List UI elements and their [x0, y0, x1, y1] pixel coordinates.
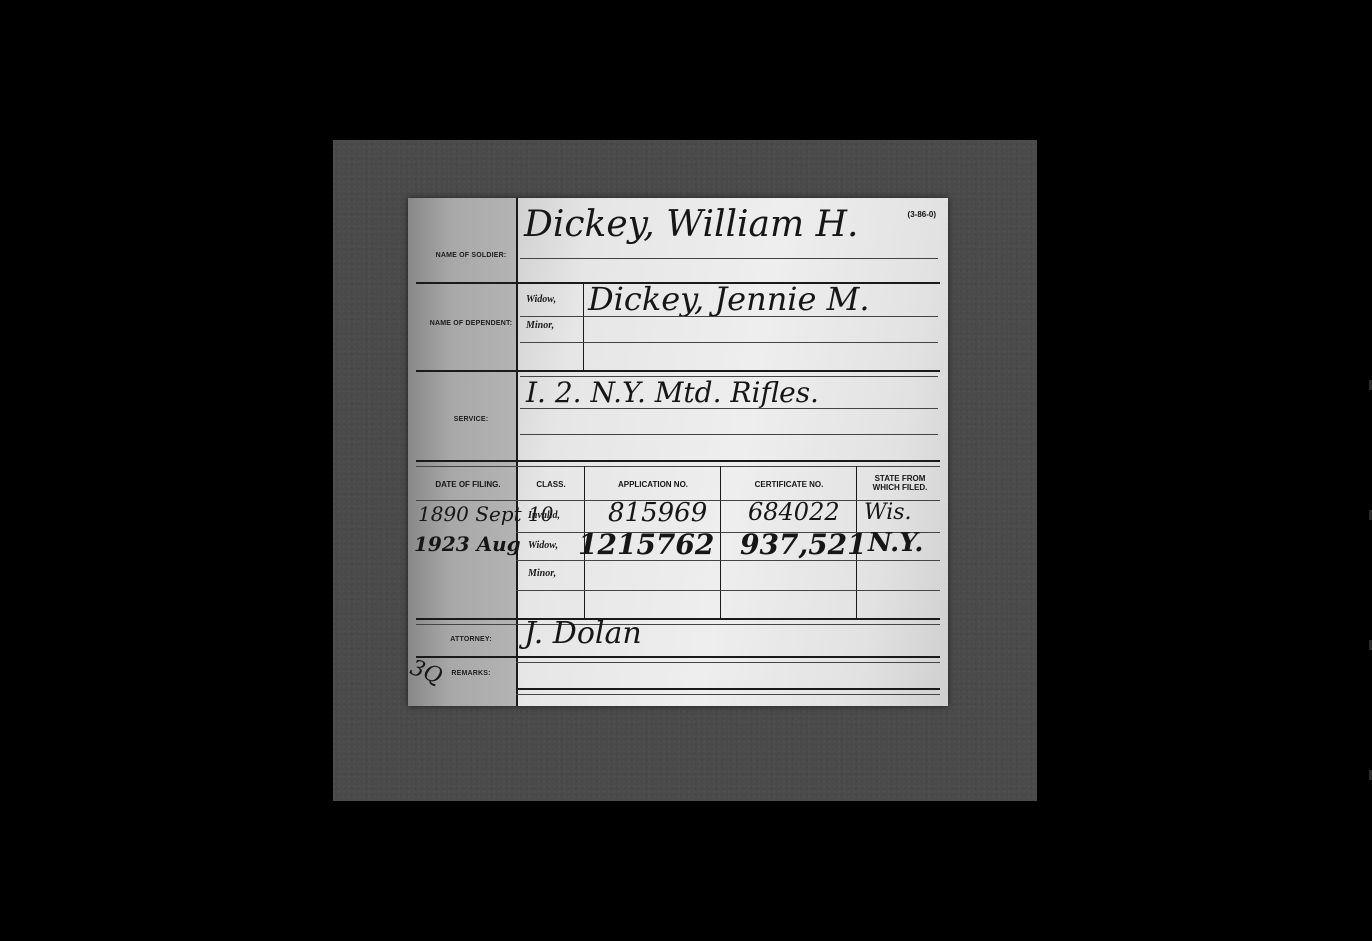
rule — [520, 408, 938, 409]
dependent-type-widow: Widow, — [526, 294, 556, 305]
section-divider — [416, 656, 940, 658]
header-date-of-filing: Date of Filing. — [422, 480, 514, 489]
label-attorney: Attorney: — [426, 636, 516, 644]
label-service: Service: — [426, 416, 516, 424]
soldier-name: Dickey, William H. — [524, 204, 858, 245]
rule — [520, 434, 938, 435]
class: Minor, — [528, 568, 556, 579]
class: Invalid, — [528, 510, 560, 521]
rule — [516, 590, 940, 591]
section-divider — [416, 460, 940, 462]
dependent-type-divider — [583, 284, 584, 370]
header-application-no: Application No. — [586, 480, 720, 489]
table-col-divider — [720, 466, 721, 620]
application-no: 815969 — [608, 498, 707, 528]
section-divider — [416, 618, 940, 620]
class: Widow, — [528, 540, 558, 551]
dependent-name: Dickey, Jennie M. — [588, 280, 870, 318]
rule — [416, 466, 940, 467]
rule — [416, 624, 940, 625]
rule — [520, 316, 938, 317]
label-name-of-soldier: Name of Soldier: — [426, 252, 516, 260]
section-divider — [516, 688, 940, 690]
section-divider — [416, 370, 940, 372]
edge-marks — [1033, 140, 1037, 801]
rule — [516, 694, 940, 695]
label-column — [408, 198, 516, 706]
certificate-no: 684022 — [748, 498, 840, 526]
header-certificate-no: Certificate No. — [722, 480, 856, 489]
column-divider — [516, 198, 518, 706]
header-class: Class. — [518, 480, 584, 489]
header-state-filed: State from which filed. — [860, 474, 940, 492]
label-name-of-dependent: Name of Dependent: — [426, 320, 516, 328]
filing-date: 1923 Aug — [414, 532, 521, 556]
pension-index-card: (3-86-0) Name of Soldier: Dickey, Willia… — [408, 198, 948, 706]
dependent-type-minor: Minor, — [526, 320, 554, 331]
rule — [520, 258, 938, 259]
rule — [520, 342, 938, 343]
state-filed: N.Y. — [868, 528, 923, 558]
service-unit: I. 2. N.Y. Mtd. Rifles. — [526, 376, 819, 409]
state-filed: Wis. — [864, 500, 912, 525]
attorney-name: J. Dolan — [524, 616, 642, 651]
form-number: (3-86-0) — [908, 210, 936, 219]
application-no: 1215762 — [578, 528, 714, 561]
certificate-no: 937,521 — [740, 528, 867, 561]
rule — [516, 662, 940, 663]
